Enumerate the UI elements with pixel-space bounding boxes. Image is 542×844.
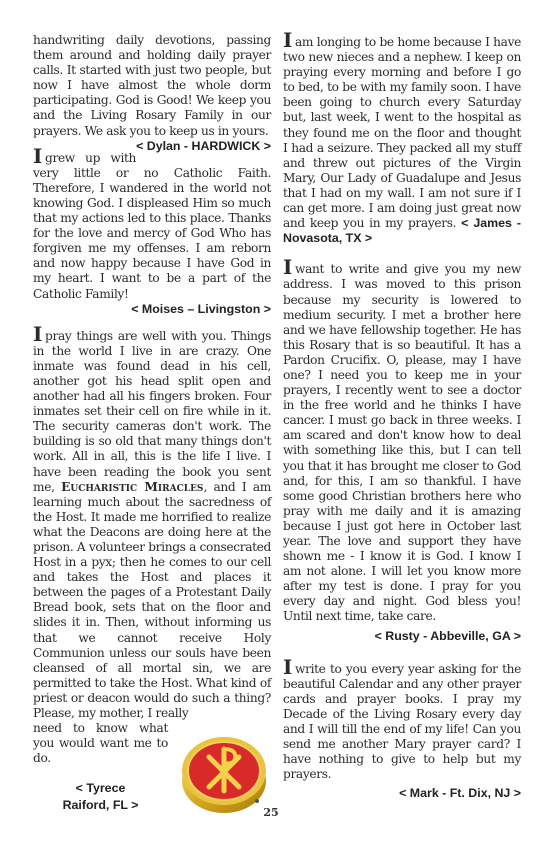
left-column: handwriting daily devotions, passing the… — [33, 33, 271, 836]
letter-text: grew up with very little or no Catholic … — [33, 151, 271, 301]
dropcap: I — [33, 322, 42, 346]
signature: < Rusty - Abbeville, GA > — [283, 629, 521, 644]
pyx-chi-rho-icon — [179, 731, 269, 816]
letter-james: Iam longing to be home because I have tw… — [283, 33, 521, 246]
letter-rusty: Iwant to write and give you my new addre… — [283, 260, 521, 643]
letter-text: want to write and give you my new addres… — [283, 262, 521, 623]
letter-text: pray things are well with you. Things in… — [33, 329, 271, 494]
letter-text: handwriting daily devotions, passing the… — [33, 33, 271, 138]
dropcap: I — [283, 255, 292, 279]
dropcap: I — [283, 28, 292, 52]
letter-tyrece: Ipray things are well with you. Things i… — [33, 327, 271, 836]
letter-text: am longing to be home because I have two… — [283, 35, 521, 230]
signature: < Moises – Livingston > — [33, 302, 271, 317]
page-number: 25 — [0, 806, 542, 819]
dropcap: I — [283, 655, 292, 679]
letter-text: need to know what you would want me to d… — [33, 721, 168, 766]
dropcap: I — [33, 144, 42, 168]
letter-text: , and I am learning much about the sacre… — [33, 480, 271, 720]
letter-mark: Iwrite to you every year asking for the … — [283, 660, 521, 802]
right-column: Iam longing to be home because I have tw… — [283, 33, 521, 802]
letter-text: write to you every year asking for the b… — [283, 662, 521, 782]
signature: < Dylan - HARDWICK > — [136, 139, 271, 154]
book-title: Eucharistic Miracles — [61, 480, 203, 494]
signature: < Mark - Ft. Dix, NJ > — [283, 786, 521, 801]
letter-moises: Igrew up with very little or no Catholic… — [33, 149, 271, 317]
letter-dylan: handwriting daily devotions, passing the… — [33, 33, 271, 139]
